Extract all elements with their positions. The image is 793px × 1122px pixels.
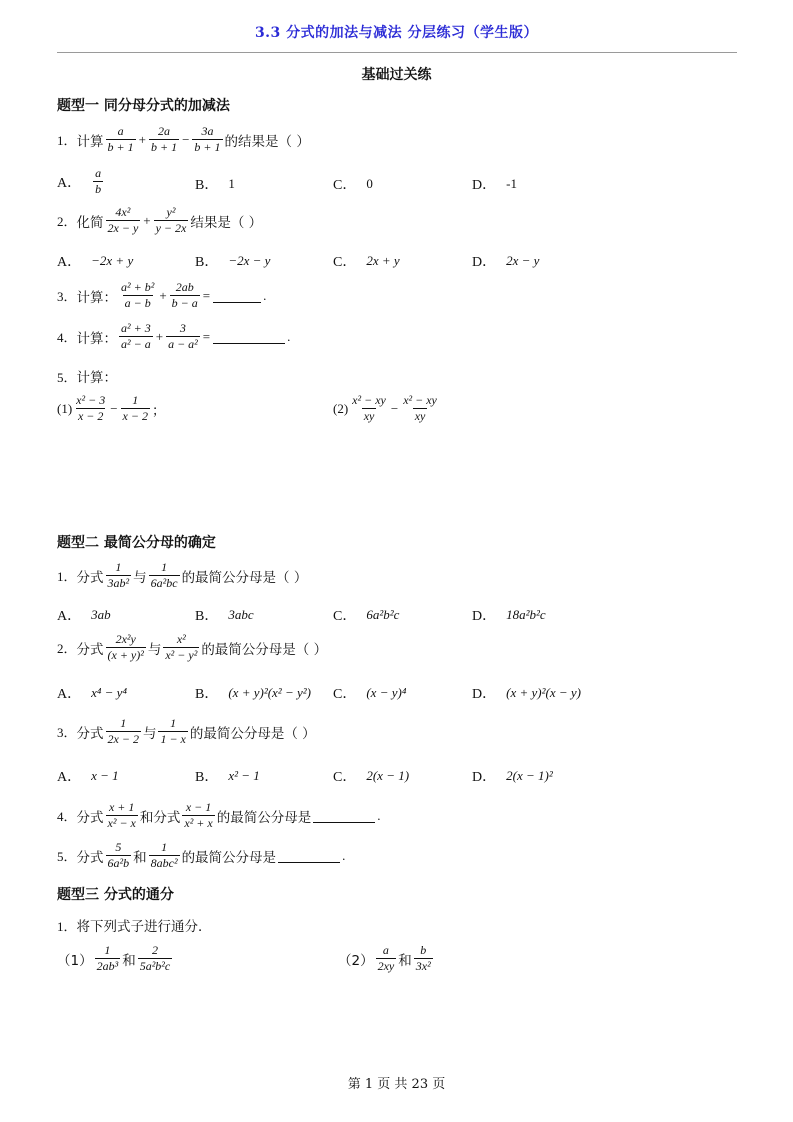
- fraction: 4x²2x − y: [106, 205, 141, 236]
- question-prefix: 分式: [77, 566, 104, 586]
- fraction: a2xy: [376, 943, 397, 974]
- part-label: （1）: [57, 949, 93, 969]
- question-suffix: 的最简公分母是: [217, 806, 312, 826]
- option-label: B．: [195, 251, 218, 271]
- option-label: A．: [57, 683, 81, 703]
- fraction: x²x² − y²: [163, 632, 199, 663]
- fraction: 2x²y(x + y)²: [106, 632, 146, 663]
- option-a: A．x⁴ − y⁴: [57, 683, 127, 703]
- period: .: [342, 848, 345, 864]
- fraction: 13ab²: [106, 560, 132, 591]
- option-value: -1: [506, 176, 517, 192]
- fraction: x − 1x² + x: [182, 800, 214, 831]
- period: .: [263, 288, 266, 304]
- question-number: 4．: [57, 806, 77, 825]
- option-c: C．6a²b²c: [333, 605, 399, 625]
- option-value: 2(x − 1)²: [506, 768, 553, 784]
- page-footer: 第 1 页 共 23 页: [0, 1073, 793, 1092]
- part-label: (1): [57, 401, 72, 417]
- option-value: 3ab: [91, 607, 111, 623]
- t2-question-3: 3． 分式 12x − 2 与 11 − x 的最简公分母是（ ）: [57, 716, 316, 747]
- t2-question-1: 1． 分式 13ab² 与 16a²bc 的最简公分母是（ ）: [57, 560, 307, 591]
- option-value: (x + y)²(x² − y²): [228, 685, 311, 701]
- question-suffix: 的最简公分母是（ ）: [190, 722, 316, 742]
- answer-blank[interactable]: [278, 848, 340, 863]
- option-value: −2x − y: [228, 253, 270, 269]
- question-prefix: 化简: [77, 211, 104, 231]
- option-label: B．: [195, 683, 218, 703]
- fraction: y²y − 2x: [154, 205, 189, 236]
- answer-blank[interactable]: [213, 288, 261, 303]
- question-suffix: 的最简公分母是: [182, 846, 277, 866]
- option-value: 18a²b²c: [506, 607, 546, 623]
- question-prefix: 计算：: [77, 366, 118, 386]
- t2-question-5: 5． 分式 56a²b 和 18abc² 的最简公分母是 .: [57, 840, 345, 871]
- fraction: 25a²b²c: [138, 943, 173, 974]
- option-c: C．2(x − 1): [333, 766, 409, 786]
- option-label: C．: [333, 605, 356, 625]
- question-type-2-heading: 题型二 最简公分母的确定: [57, 532, 216, 552]
- option-value: 1: [228, 176, 235, 192]
- connector: 和分式: [140, 806, 181, 826]
- t1-question-5: 5． 计算：: [57, 366, 117, 386]
- connector: 与: [133, 566, 147, 586]
- option-label: B．: [195, 766, 218, 786]
- option-label: B．: [195, 174, 218, 194]
- answer-blank[interactable]: [213, 329, 285, 344]
- option-value: 2(x − 1): [366, 768, 409, 784]
- fraction: 1x − 2: [121, 393, 150, 424]
- question-number: 5．: [57, 846, 77, 865]
- option-b: B． 1: [195, 174, 235, 194]
- option-value: −2x + y: [91, 253, 133, 269]
- option-a: A． ab: [57, 166, 105, 197]
- fraction: 12ab³: [95, 943, 121, 974]
- period: .: [287, 329, 290, 345]
- question-prefix: 分式: [77, 722, 104, 742]
- option-b: B．(x + y)²(x² − y²): [195, 683, 311, 703]
- option-label: A．: [57, 251, 81, 271]
- question-prefix: 分式: [77, 846, 104, 866]
- question-number: 4．: [57, 327, 77, 346]
- fraction: 3ab + 1: [192, 124, 222, 155]
- fraction: 2ab + 1: [149, 124, 179, 155]
- question-type-1-heading: 题型一 同分母分式的加减法: [57, 95, 230, 115]
- option-a: A．−2x + y: [57, 251, 133, 271]
- t1-q5-part-1: (1) x² − 3x − 2 − 1x − 2 ；: [57, 393, 165, 424]
- document-title: 3.3 分式的加法与减法 分层练习（学生版）: [0, 22, 793, 42]
- option-value: 3abc: [228, 607, 253, 623]
- option-label: D．: [472, 683, 496, 703]
- equals-sign: =: [203, 288, 210, 304]
- fraction: x² − xyxy: [401, 393, 439, 424]
- fraction: 16a²bc: [149, 560, 180, 591]
- fraction: 12x − 2: [106, 716, 141, 747]
- operator: −: [391, 401, 398, 417]
- question-prefix: 分式: [77, 806, 104, 826]
- equals-sign: =: [203, 329, 210, 345]
- option-label: C．: [333, 174, 356, 194]
- fraction: 3a − a²: [166, 321, 200, 352]
- question-suffix: 的结果是（ ）: [225, 130, 310, 150]
- question-prefix: 计算：: [77, 286, 118, 306]
- option-label: A．: [57, 172, 81, 192]
- option-value: (x − y)⁴: [366, 685, 406, 701]
- question-number: 2．: [57, 211, 77, 230]
- t2-question-2: 2． 分式 2x²y(x + y)² 与 x²x² − y² 的最简公分母是（ …: [57, 632, 327, 663]
- t1-question-2: 2． 化简 4x²2x − y + y²y − 2x 结果是（ ）: [57, 205, 262, 236]
- question-number: 3．: [57, 286, 77, 305]
- question-prefix: 计算：: [77, 327, 118, 347]
- question-number: 1．: [57, 566, 77, 585]
- option-c: C．2x + y: [333, 251, 400, 271]
- section-title: 基础过关练: [0, 64, 793, 84]
- operator: +: [156, 329, 163, 345]
- t1-question-3: 3． 计算： a² + b²a − b + 2abb − a = .: [57, 280, 266, 311]
- fraction: b3x²: [414, 943, 433, 974]
- option-c: C．(x − y)⁴: [333, 683, 406, 703]
- option-label: A．: [57, 605, 81, 625]
- header-divider: [57, 52, 737, 53]
- operator: +: [139, 132, 146, 148]
- option-d: D．2x − y: [472, 251, 539, 271]
- t2-question-4: 4． 分式 x + 1x² − x 和分式 x − 1x² + x 的最简公分母…: [57, 800, 380, 831]
- question-number: 2．: [57, 638, 77, 657]
- option-d: D．2(x − 1)²: [472, 766, 553, 786]
- t3-q1-part-1: （1） 12ab³ 和 25a²b²c: [57, 943, 174, 974]
- option-label: B．: [195, 605, 218, 625]
- fraction: a² + b²a − b: [119, 280, 156, 311]
- fraction: 56a²b: [106, 840, 132, 871]
- t1-question-4: 4． 计算： a² + 3a² − a + 3a − a² = .: [57, 321, 290, 352]
- option-value: (x + y)²(x − y): [506, 685, 581, 701]
- option-c: C． 0: [333, 174, 373, 194]
- question-number: 5．: [57, 367, 77, 386]
- t1-question-1: 1． 计算 ab + 1 + 2ab + 1 − 3ab + 1 的结果是（ ）: [57, 124, 310, 155]
- option-label: D．: [472, 766, 496, 786]
- option-label: A．: [57, 766, 81, 786]
- option-a: A．3ab: [57, 605, 111, 625]
- option-label: C．: [333, 251, 356, 271]
- fraction: a² + 3a² − a: [119, 321, 153, 352]
- option-b: B．x² − 1: [195, 766, 260, 786]
- question-text: 将下列式子进行通分．: [77, 915, 212, 935]
- option-b: B．3abc: [195, 605, 254, 625]
- part-label: （2）: [338, 949, 374, 969]
- fraction: ab: [93, 166, 103, 197]
- option-label: C．: [333, 766, 356, 786]
- question-number: 1．: [57, 916, 77, 935]
- option-value: 2x − y: [506, 253, 539, 269]
- operator: +: [143, 213, 150, 229]
- connector: 和: [133, 846, 147, 866]
- option-value: x⁴ − y⁴: [91, 685, 127, 701]
- question-number: 1．: [57, 130, 77, 149]
- question-prefix: 计算: [77, 130, 104, 150]
- operator: −: [182, 132, 189, 148]
- fraction: x + 1x² − x: [106, 800, 138, 831]
- option-label: C．: [333, 683, 356, 703]
- option-d: D．(x + y)²(x − y): [472, 683, 581, 703]
- option-label: D．: [472, 251, 496, 271]
- fraction: x² − xyxy: [350, 393, 388, 424]
- answer-blank[interactable]: [313, 808, 375, 823]
- fraction: x² − 3x − 2: [74, 393, 107, 424]
- t1-q5-part-2: (2) x² − xyxy − x² − xyxy: [333, 393, 441, 424]
- option-d: D． -1: [472, 174, 517, 194]
- operator: −: [110, 401, 117, 417]
- fraction: 2abb − a: [170, 280, 200, 311]
- option-label: D．: [472, 174, 496, 194]
- fraction: 18abc²: [149, 840, 180, 871]
- question-suffix: 结果是（ ）: [190, 211, 262, 231]
- part-label: (2): [333, 401, 348, 417]
- option-value: x² − 1: [228, 768, 259, 784]
- connector: 和: [398, 949, 412, 969]
- connector: 与: [148, 638, 162, 658]
- option-value: 2x + y: [366, 253, 399, 269]
- connector: 和: [122, 949, 136, 969]
- question-type-3-heading: 题型三 分式的通分: [57, 884, 174, 904]
- t3-q1-part-2: （2） a2xy 和 b3x²: [338, 943, 435, 974]
- option-value: 0: [366, 176, 373, 192]
- connector: 与: [143, 722, 157, 742]
- question-prefix: 分式: [77, 638, 104, 658]
- question-suffix: 的最简公分母是（ ）: [182, 566, 308, 586]
- fraction: ab + 1: [106, 124, 136, 155]
- option-value: x − 1: [91, 768, 119, 784]
- fraction: 11 − x: [158, 716, 187, 747]
- option-a: A．x − 1: [57, 766, 119, 786]
- question-suffix: 的最简公分母是（ ）: [201, 638, 327, 658]
- operator: +: [159, 288, 166, 304]
- option-label: D．: [472, 605, 496, 625]
- semicolon: ；: [152, 399, 166, 419]
- option-d: D．18a²b²c: [472, 605, 546, 625]
- t3-question-1: 1． 将下列式子进行通分．: [57, 915, 212, 935]
- period: .: [377, 808, 380, 824]
- option-value: 6a²b²c: [366, 607, 399, 623]
- option-b: B．−2x − y: [195, 251, 270, 271]
- question-number: 3．: [57, 722, 77, 741]
